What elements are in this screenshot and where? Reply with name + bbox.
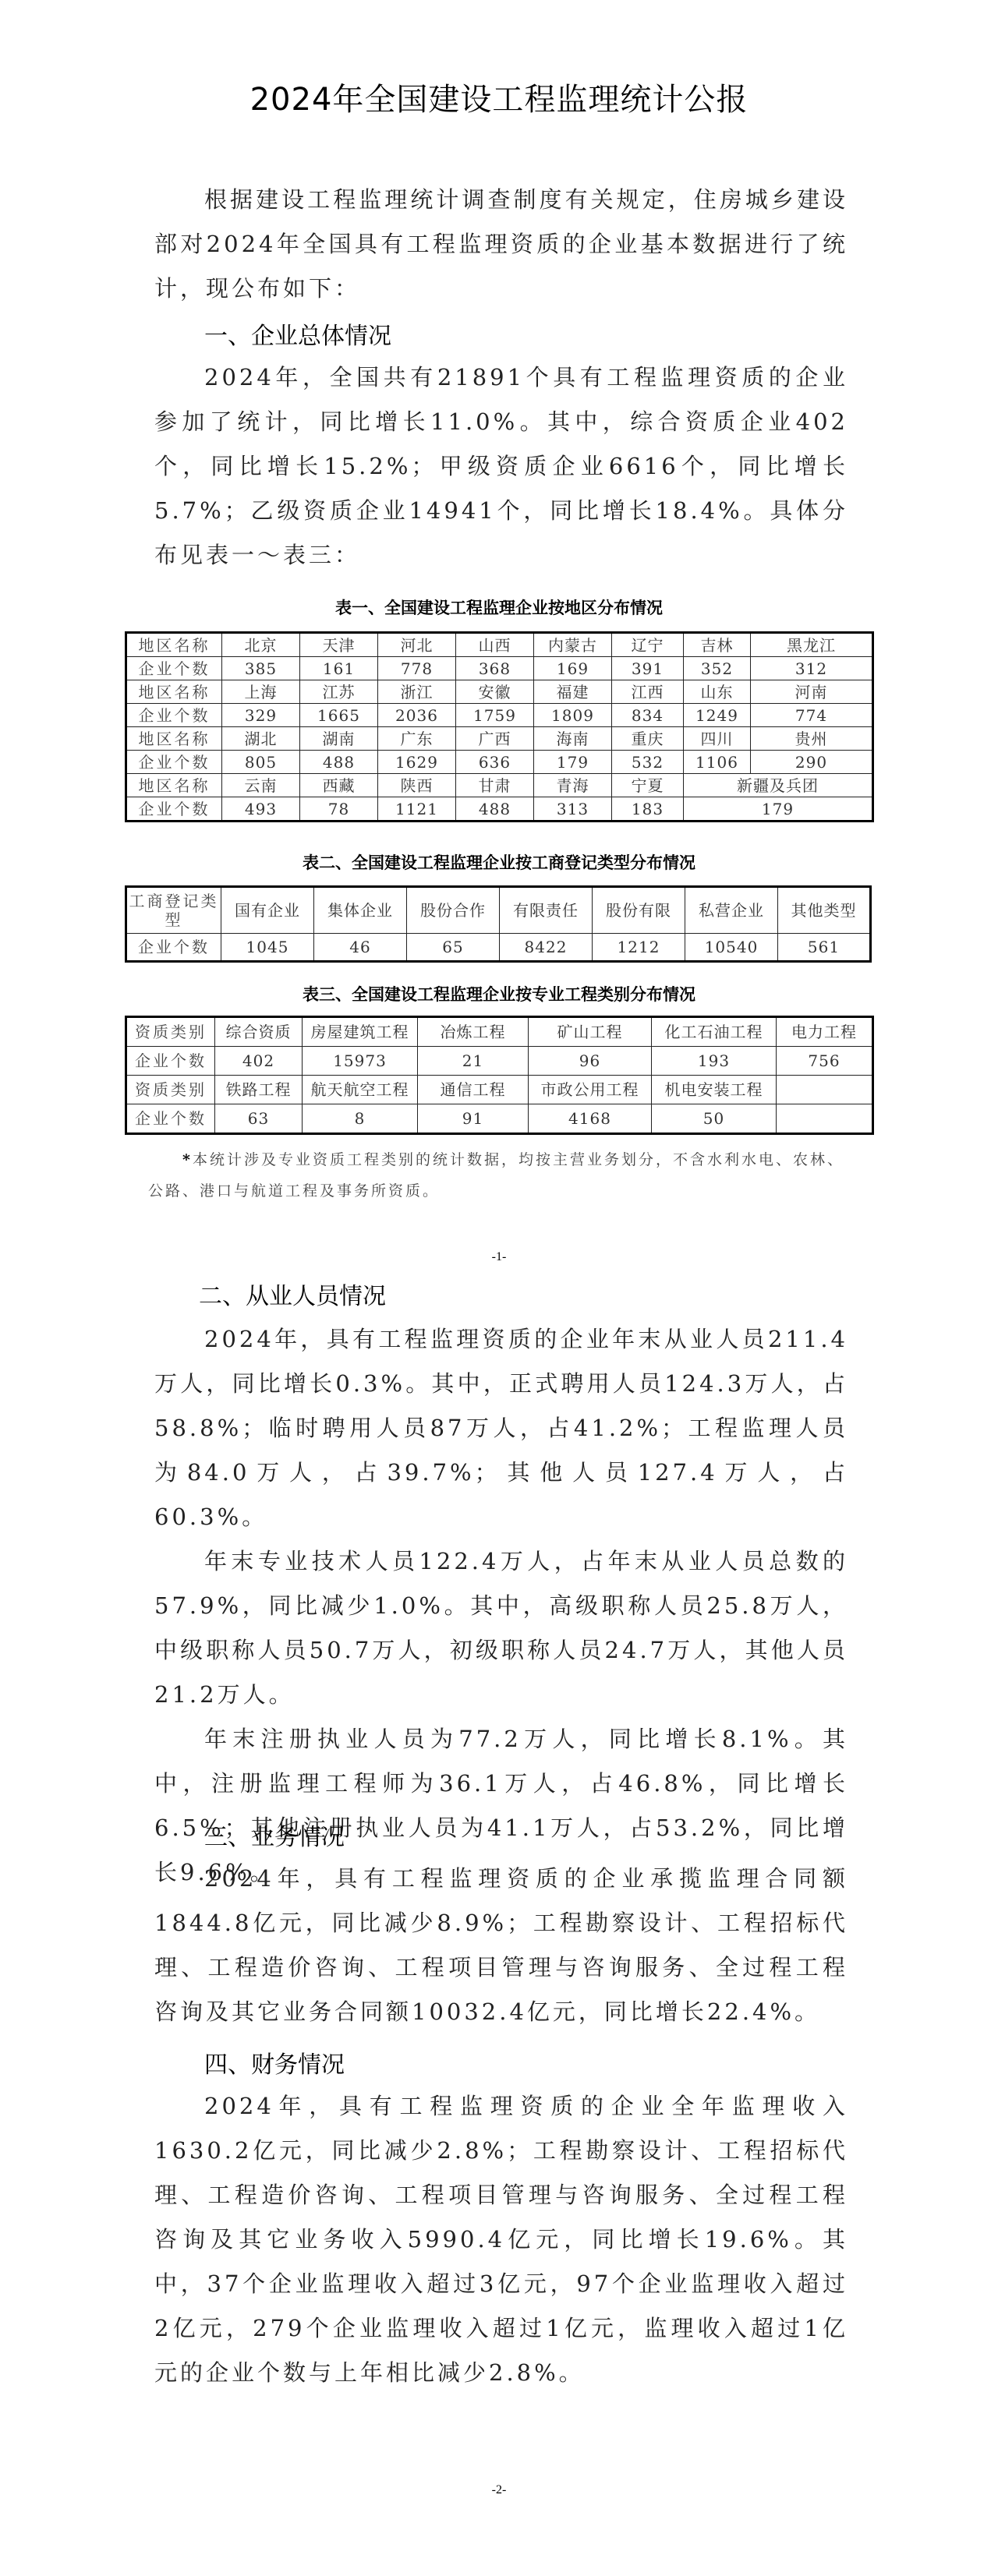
count-cell: 179 <box>684 797 873 822</box>
count-cell: 15973 <box>303 1047 418 1076</box>
region-cell: 湖南 <box>300 727 378 751</box>
region-cell: 云南 <box>222 774 300 797</box>
count-cell: 10540 <box>685 934 778 962</box>
row-label: 企业个数 <box>126 934 221 962</box>
row-label: 企业个数 <box>126 657 222 680</box>
category-cell: 电力工程 <box>777 1017 873 1047</box>
region-cell: 浙江 <box>378 680 456 704</box>
intro-paragraph: 根据建设工程监理统计调查制度有关规定，住房城乡建设部对2024年全国具有工程监理… <box>154 178 848 311</box>
count-cell: 8 <box>303 1104 418 1134</box>
count-cell: 756 <box>777 1047 873 1076</box>
region-cell: 天津 <box>300 633 378 657</box>
row-label: 企业个数 <box>126 797 222 822</box>
row-label: 企业个数 <box>126 1104 215 1134</box>
region-cell: 宁夏 <box>612 774 684 797</box>
count-cell: 161 <box>300 657 378 680</box>
count-cell: 834 <box>612 704 684 727</box>
count-cell: 63 <box>215 1104 303 1134</box>
category-cell: 航天航空工程 <box>303 1076 418 1104</box>
count-cell: 179 <box>534 751 612 774</box>
row-label: 地区名称 <box>126 727 222 751</box>
section-heading-enterprise-overview: 一、企业总体情况 <box>204 321 391 352</box>
type-cell: 股份合作 <box>407 887 500 934</box>
section2-paragraph-block: 2024年，具有工程监理资质的企业年末从业人员211.4万人，同比增长0.3%。… <box>154 1317 848 1895</box>
count-cell: 65 <box>407 934 500 962</box>
type-cell: 其他类型 <box>778 887 871 934</box>
count-cell: 778 <box>378 657 456 680</box>
table-row-count: 企业个数 1045 46 65 8422 1212 10540 561 <box>126 934 871 962</box>
count-cell: 488 <box>456 797 534 822</box>
section1-paragraph-block: 2024年，全国共有21891个具有工程监理资质的企业参加了统计，同比增长11.… <box>154 355 848 578</box>
row-label: 资质类别 <box>126 1076 215 1104</box>
count-cell: 488 <box>300 751 378 774</box>
table-row-region: 地区名称 北京 天津 河北 山西 内蒙古 辽宁 吉林 黑龙江 <box>126 633 873 657</box>
count-cell: 1121 <box>378 797 456 822</box>
table3-caption: 表三、全国建设工程监理企业按专业工程类别分布情况 <box>0 984 998 1005</box>
table-region-distribution: 地区名称 北京 天津 河北 山西 内蒙古 辽宁 吉林 黑龙江 企业个数 385 … <box>125 631 874 822</box>
row-label: 工商登记类型 <box>126 887 221 934</box>
table-row-category: 资质类别 综合资质 房屋建筑工程 冶炼工程 矿山工程 化工石油工程 电力工程 <box>126 1017 873 1047</box>
row-label: 地区名称 <box>126 680 222 704</box>
table-row-count: 企业个数 805 488 1629 636 179 532 1106 290 <box>126 751 873 774</box>
count-cell: 1629 <box>378 751 456 774</box>
section-heading-business: 三、业务情况 <box>204 1822 345 1853</box>
table-row-category: 资质类别 铁路工程 航天航空工程 通信工程 市政公用工程 机电安装工程 <box>126 1076 873 1104</box>
region-cell: 广东 <box>378 727 456 751</box>
category-cell: 市政公用工程 <box>529 1076 652 1104</box>
region-cell: 陕西 <box>378 774 456 797</box>
category-cell: 矿山工程 <box>529 1017 652 1047</box>
section3-paragraph: 2024年，具有工程监理资质的企业承揽监理合同额1844.8亿元，同比减少8.9… <box>154 1857 848 2034</box>
region-cell: 西藏 <box>300 774 378 797</box>
count-cell: 78 <box>300 797 378 822</box>
count-cell: 8422 <box>500 934 593 962</box>
row-label: 地区名称 <box>126 633 222 657</box>
intro-paragraph-block: 根据建设工程监理统计调查制度有关规定，住房城乡建设部对2024年全国具有工程监理… <box>154 178 848 311</box>
category-cell: 化工石油工程 <box>652 1017 777 1047</box>
document-page: 2024年全国建设工程监理统计公报 根据建设工程监理统计调查制度有关规定，住房城… <box>0 0 998 2576</box>
region-cell: 内蒙古 <box>534 633 612 657</box>
count-cell: 1249 <box>684 704 751 727</box>
count-cell: 46 <box>314 934 407 962</box>
count-cell: 532 <box>612 751 684 774</box>
count-cell: 193 <box>652 1047 777 1076</box>
table-specialty-category: 资质类别 综合资质 房屋建筑工程 冶炼工程 矿山工程 化工石油工程 电力工程 企… <box>125 1016 874 1135</box>
count-cell: 391 <box>612 657 684 680</box>
region-cell: 四川 <box>684 727 751 751</box>
table-registration-type: 工商登记类型 国有企业 集体企业 股份合作 有限责任 股份有限 私营企业 其他类… <box>125 885 872 963</box>
count-cell: 1809 <box>534 704 612 727</box>
region-cell: 甘肃 <box>456 774 534 797</box>
count-cell: 96 <box>529 1047 652 1076</box>
section-heading-finance: 四、财务情况 <box>204 2050 345 2081</box>
category-cell-empty <box>777 1076 873 1104</box>
row-label: 企业个数 <box>126 1047 215 1076</box>
type-cell: 股份有限 <box>593 887 685 934</box>
count-cell: 21 <box>418 1047 529 1076</box>
table2-caption: 表二、全国建设工程监理企业按工商登记类型分布情况 <box>0 852 998 874</box>
table-row-count: 企业个数 493 78 1121 488 313 183 179 <box>126 797 873 822</box>
region-cell: 黑龙江 <box>751 633 873 657</box>
region-cell: 上海 <box>222 680 300 704</box>
region-cell: 湖北 <box>222 727 300 751</box>
section4-paragraph: 2024年，具有工程监理资质的企业全年监理收入1630.2亿元，同比减少2.8%… <box>154 2084 848 2395</box>
footnote: *本统计涉及专业资质工程类别的统计数据，均按主营业务划分，不含水利水电、农林、公… <box>148 1144 850 1207</box>
row-label: 企业个数 <box>126 704 222 727</box>
row-label: 企业个数 <box>126 751 222 774</box>
type-cell: 有限责任 <box>500 887 593 934</box>
count-cell-empty <box>777 1104 873 1134</box>
row-label: 地区名称 <box>126 774 222 797</box>
category-cell: 通信工程 <box>418 1076 529 1104</box>
table-row-count: 企业个数 329 1665 2036 1759 1809 834 1249 77… <box>126 704 873 727</box>
region-cell: 江苏 <box>300 680 378 704</box>
region-cell: 海南 <box>534 727 612 751</box>
count-cell: 385 <box>222 657 300 680</box>
region-cell: 吉林 <box>684 633 751 657</box>
type-cell: 国有企业 <box>221 887 314 934</box>
count-cell: 169 <box>534 657 612 680</box>
count-cell: 312 <box>751 657 873 680</box>
section4-paragraph-block: 2024年，具有工程监理资质的企业全年监理收入1630.2亿元，同比减少2.8%… <box>154 2084 848 2395</box>
region-cell: 山西 <box>456 633 534 657</box>
table-row-count: 企业个数 385 161 778 368 169 391 352 312 <box>126 657 873 680</box>
count-cell: 774 <box>751 704 873 727</box>
count-cell: 313 <box>534 797 612 822</box>
count-cell: 1106 <box>684 751 751 774</box>
region-cell: 辽宁 <box>612 633 684 657</box>
region-cell: 河北 <box>378 633 456 657</box>
region-cell: 福建 <box>534 680 612 704</box>
count-cell: 636 <box>456 751 534 774</box>
table-row-count: 企业个数 63 8 91 4168 50 <box>126 1104 873 1134</box>
count-cell: 329 <box>222 704 300 727</box>
category-cell: 机电安装工程 <box>652 1076 777 1104</box>
region-cell: 广西 <box>456 727 534 751</box>
count-cell: 493 <box>222 797 300 822</box>
count-cell: 1665 <box>300 704 378 727</box>
region-cell: 新疆及兵团 <box>684 774 873 797</box>
table-row-count: 企业个数 402 15973 21 96 193 756 <box>126 1047 873 1076</box>
section2-paragraph-1: 2024年，具有工程监理资质的企业年末从业人员211.4万人，同比增长0.3%。… <box>154 1317 848 1539</box>
section3-paragraph-block: 2024年，具有工程监理资质的企业承揽监理合同额1844.8亿元，同比减少8.9… <box>154 1857 848 2034</box>
category-cell: 铁路工程 <box>215 1076 303 1104</box>
region-cell: 江西 <box>612 680 684 704</box>
count-cell: 2036 <box>378 704 456 727</box>
region-cell: 山东 <box>684 680 751 704</box>
region-cell: 北京 <box>222 633 300 657</box>
table-row-region: 地区名称 湖北 湖南 广东 广西 海南 重庆 四川 贵州 <box>126 727 873 751</box>
count-cell: 1045 <box>221 934 314 962</box>
type-cell: 集体企业 <box>314 887 407 934</box>
page-number-1: -1- <box>0 1250 998 1264</box>
count-cell: 368 <box>456 657 534 680</box>
count-cell: 805 <box>222 751 300 774</box>
footnote-marker: * <box>182 1151 193 1168</box>
section1-paragraph: 2024年，全国共有21891个具有工程监理资质的企业参加了统计，同比增长11.… <box>154 355 848 578</box>
count-cell: 402 <box>215 1047 303 1076</box>
count-cell: 1759 <box>456 704 534 727</box>
type-cell: 私营企业 <box>685 887 778 934</box>
count-cell: 352 <box>684 657 751 680</box>
region-cell: 重庆 <box>612 727 684 751</box>
page-number-2: -2- <box>0 2483 998 2497</box>
count-cell: 561 <box>778 934 871 962</box>
count-cell: 50 <box>652 1104 777 1134</box>
category-cell: 房屋建筑工程 <box>303 1017 418 1047</box>
row-label: 资质类别 <box>126 1017 215 1047</box>
region-cell: 安徽 <box>456 680 534 704</box>
table-row-region: 地区名称 上海 江苏 浙江 安徽 福建 江西 山东 河南 <box>126 680 873 704</box>
count-cell: 290 <box>751 751 873 774</box>
footnote-text: 本统计涉及专业资质工程类别的统计数据，均按主营业务划分，不含水利水电、农林、公路… <box>148 1151 844 1200</box>
table-row-type: 工商登记类型 国有企业 集体企业 股份合作 有限责任 股份有限 私营企业 其他类… <box>126 887 871 934</box>
region-cell: 青海 <box>534 774 612 797</box>
region-cell: 贵州 <box>751 727 873 751</box>
section-heading-personnel: 二、从业人员情况 <box>199 1281 386 1313</box>
category-cell: 综合资质 <box>215 1017 303 1047</box>
count-cell: 183 <box>612 797 684 822</box>
count-cell: 91 <box>418 1104 529 1134</box>
table-row-region: 地区名称 云南 西藏 陕西 甘肃 青海 宁夏 新疆及兵团 <box>126 774 873 797</box>
category-cell: 冶炼工程 <box>418 1017 529 1047</box>
count-cell: 4168 <box>529 1104 652 1134</box>
document-title: 2024年全国建设工程监理统计公报 <box>0 81 998 118</box>
count-cell: 1212 <box>593 934 685 962</box>
table1-caption: 表一、全国建设工程监理企业按地区分布情况 <box>0 597 998 619</box>
section2-paragraph-2: 年末专业技术人员122.4万人，占年末从业人员总数的57.9%，同比减少1.0%… <box>154 1539 848 1717</box>
region-cell: 河南 <box>751 680 873 704</box>
